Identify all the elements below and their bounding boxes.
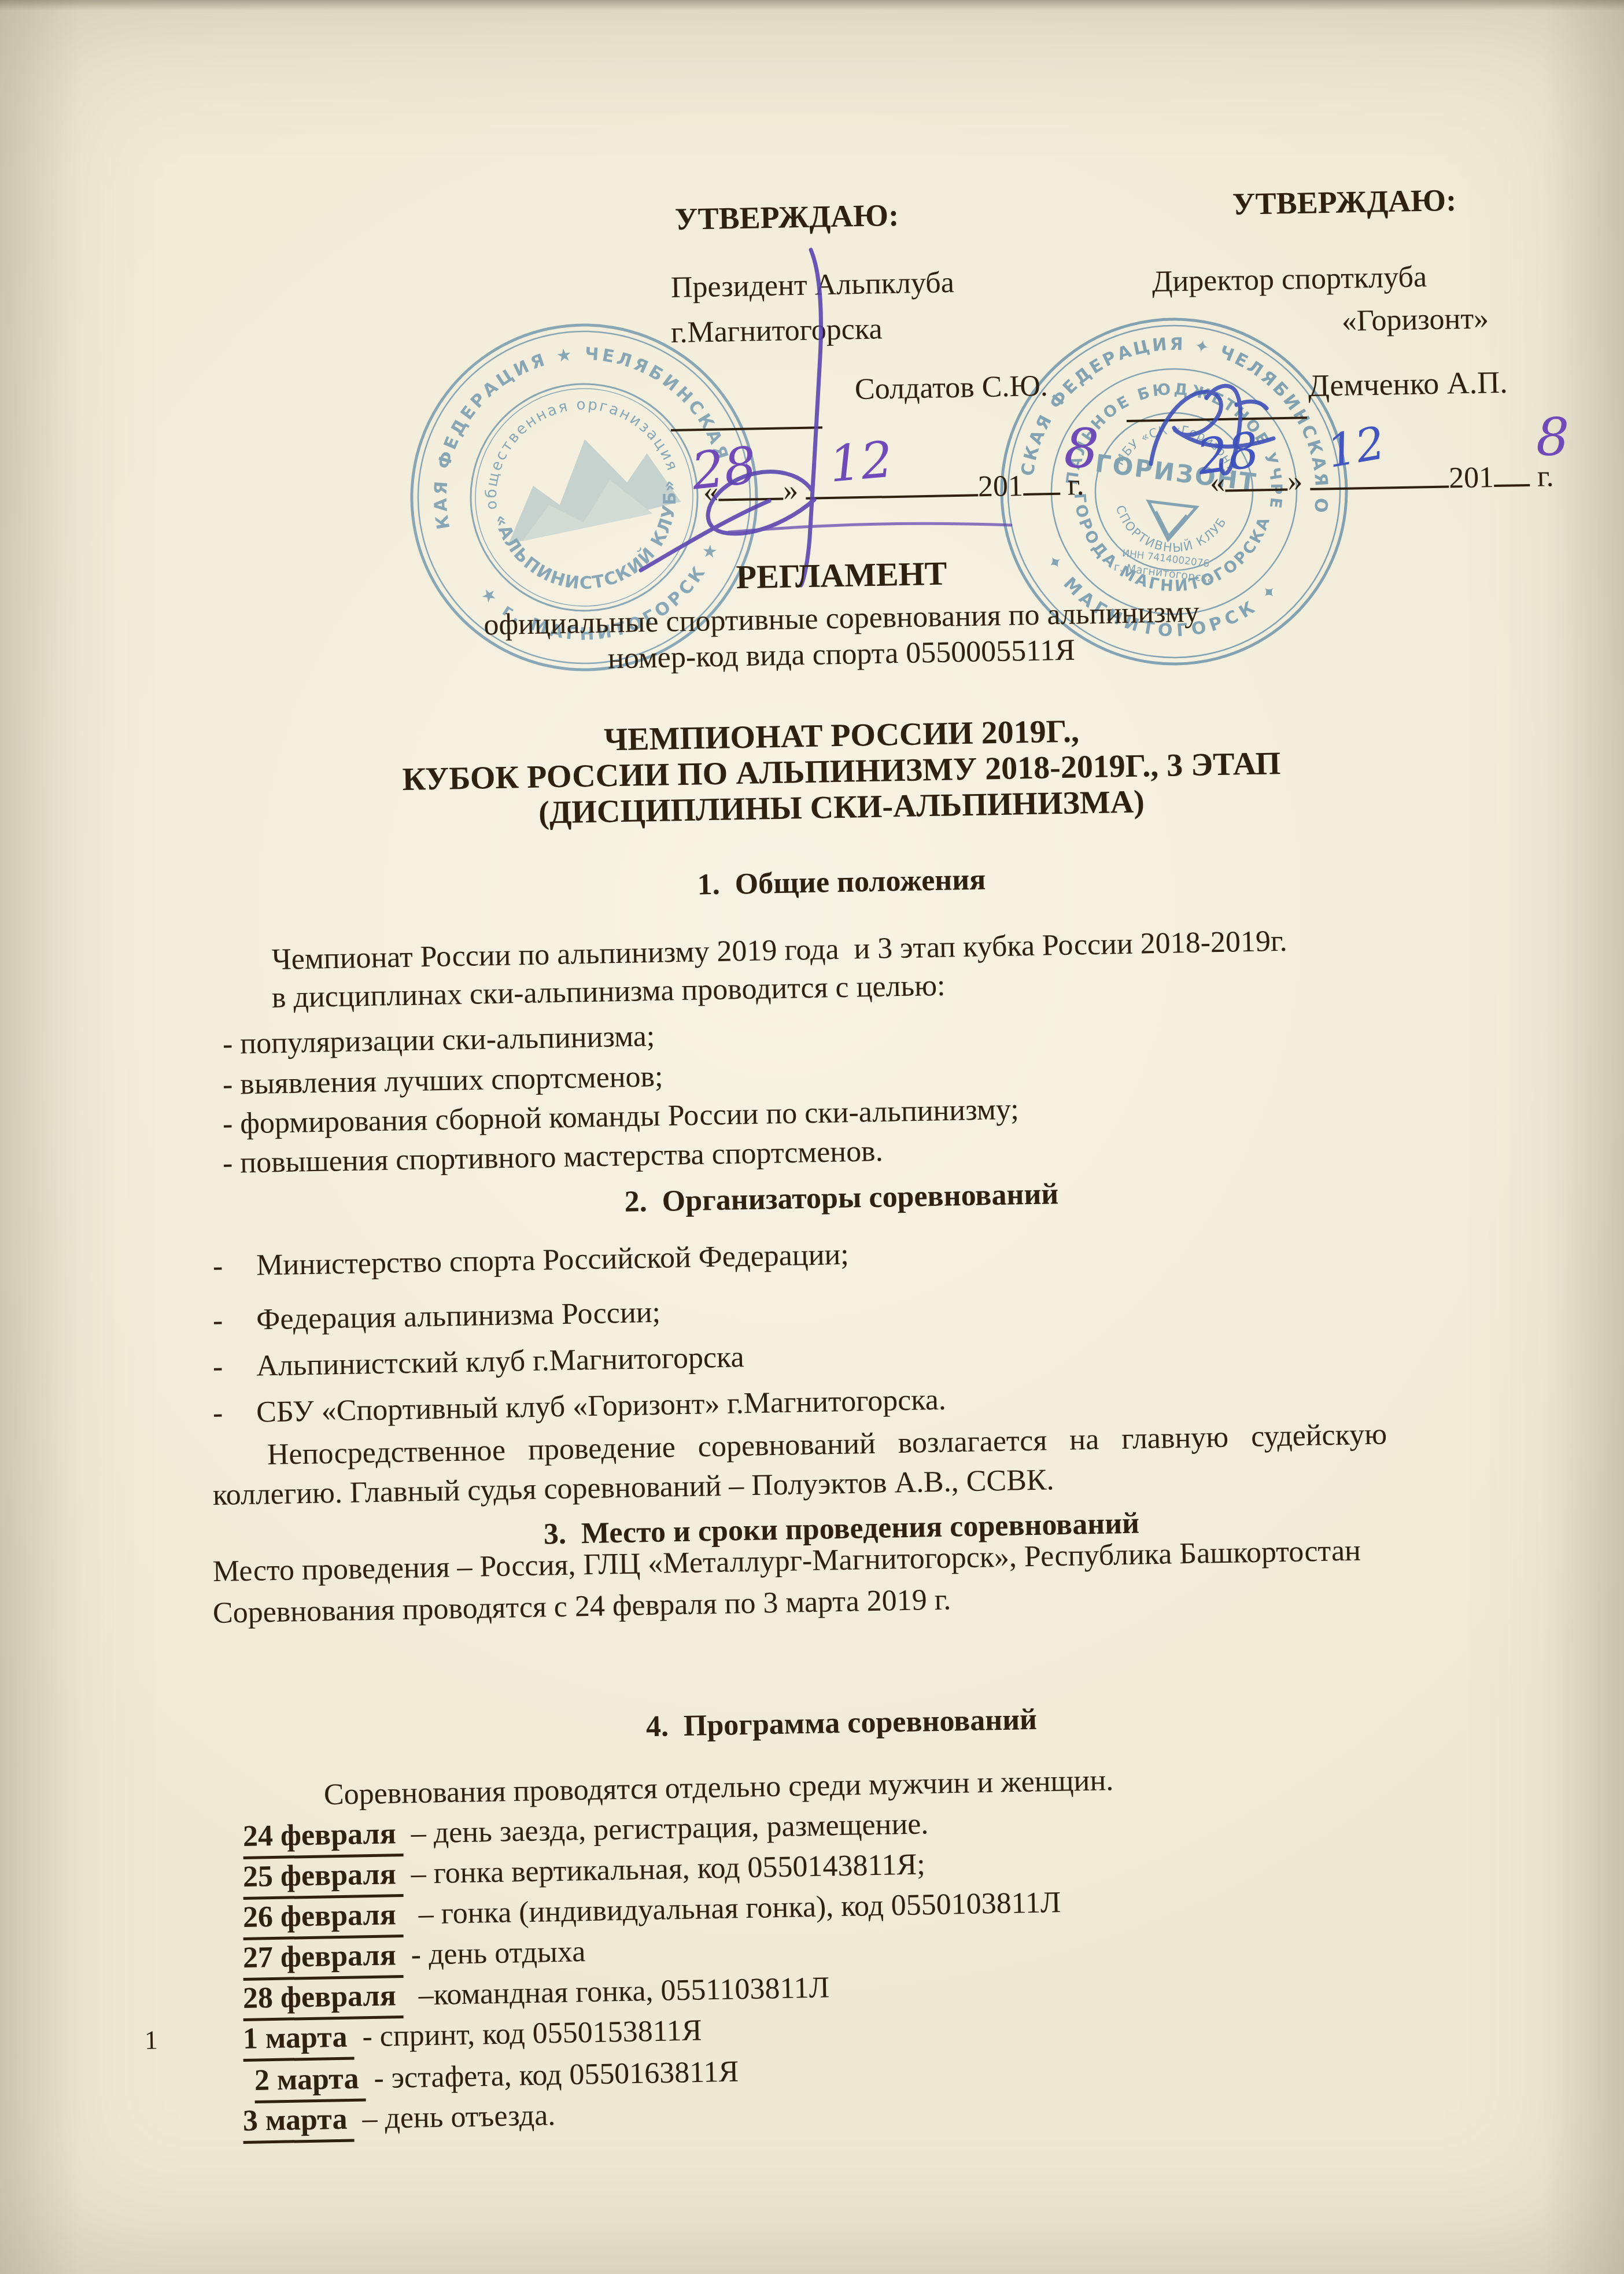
goal-item: - формирования сборной команды России по… (223, 1095, 1020, 1139)
handwritten-day-right: 28 (1194, 425, 1263, 482)
schedule-date: 3 марта (242, 2102, 355, 2144)
approval-left-signer-name: Солдатов С.Ю. (855, 371, 1049, 405)
handwritten-year-digit-left: 8 (1063, 422, 1099, 477)
schedule-date: 2 марта (254, 2062, 366, 2103)
schedule-desc: – гонка (индивидуальная гонка), код 0550… (411, 1886, 1061, 1931)
margin-note: 1 (145, 2027, 158, 2054)
approval-left-role-line2: г.Магнитогорска (671, 314, 883, 348)
section2-paragraph-line1: Непосредственное проведение соревнований… (267, 1420, 1387, 1470)
schedule-date: 28 февраля (242, 1979, 403, 2021)
schedule-desc: –командная гонка, 0551103811Л (411, 1971, 829, 2011)
organizer-item: -Министерство спорта Российской Федераци… (213, 1240, 850, 1282)
approval-right-signer-name: Демченко А.П. (1308, 367, 1508, 401)
section3-line2: Соревнования проводятся с 24 февраля по … (213, 1585, 951, 1629)
approval-right-role-line1: Директор спортклуба (1152, 262, 1427, 297)
approval-left-label: УТВЕРЖДАЮ: (675, 200, 899, 235)
organizer-text: СБУ «Спортивный клуб «Горизонт» г.Магнит… (256, 1383, 946, 1429)
organizer-item: -Альпинистский клуб г.Магнитогорска (213, 1342, 745, 1382)
handwritten-year-digit-right: 8 (1536, 412, 1569, 464)
schedule-desc: – день отъезда. (362, 2099, 556, 2135)
schedule-row: 2 марта- эстафета, код 0550163811Я (254, 2057, 739, 2096)
schedule-date: 25 февраля (242, 1858, 403, 1900)
bullet-dash: - (212, 1304, 223, 1337)
schedule-date: 24 февраля (242, 1817, 403, 1859)
handwritten-day-left: 28 (689, 440, 759, 497)
quote-close: » (783, 474, 799, 507)
section2-paragraph-line2: коллегию. Главный судья соревнований – П… (213, 1465, 1054, 1511)
schedule-desc: - эстафета, код 0550163811Я (374, 2055, 739, 2095)
section4-heading: 4. Программа соревнований (58, 1694, 1624, 1753)
year-printed: 201 (1449, 461, 1494, 494)
schedule-desc: - день отдыха (411, 1935, 586, 1972)
schedule-row: 24 февраля– день заезда, регистрация, ра… (243, 1809, 929, 1852)
organizer-item: -СБУ «Спортивный клуб «Горизонт» г.Магни… (213, 1385, 947, 1428)
schedule-desc: – день заезда, регистрация, размещение. (411, 1807, 929, 1850)
bullet-dash: - (212, 1397, 223, 1430)
handwritten-month-right: 12 (1324, 420, 1388, 475)
year-printed: 201 (978, 470, 1024, 503)
section1-paragraph-line2: в дисциплинах ски-альпинизма проводится … (272, 971, 946, 1013)
section4-intro: Соревнования проводятся отдельно среди м… (324, 1766, 1114, 1810)
organizer-item: -Федерация альпинизма России; (213, 1298, 661, 1336)
quote-close: » (1287, 464, 1303, 497)
blank-year (1023, 460, 1060, 496)
schedule-row: 27 февраля- день отдыха (243, 1937, 586, 1973)
approval-right-label: УТВЕРЖДАЮ: (1232, 184, 1457, 220)
goal-item: - повышения спортивного мастерства спорт… (223, 1136, 884, 1179)
bullet-dash: - (212, 1250, 223, 1283)
blank-year (1493, 452, 1530, 487)
section1-paragraph-line1: Чемпионат России по альпинизму 2019 года… (272, 926, 1287, 975)
bullet-dash: - (212, 1350, 223, 1383)
organizer-text: Альпинистский клуб г.Магнитогорска (256, 1341, 744, 1382)
organizer-text: Министерство спорта Российской Федерации… (256, 1238, 849, 1282)
schedule-row: 1 марта- спринт, код 0550153811Я (243, 2015, 702, 2054)
schedule-desc: - спринт, код 0550153811Я (362, 2014, 702, 2053)
schedule-date: 27 февраля (242, 1939, 403, 1981)
scanned-regulation-document: РОССИЙСКАЯ ФЕДЕРАЦИЯ ★ ЧЕЛЯБИНСКАЯ ОБЛАС… (0, 0, 1624, 2274)
goal-item: - выявления лучших спортсменов; (223, 1062, 663, 1100)
schedule-desc: – гонка вертикальная, код 0550143811Я; (411, 1848, 925, 1890)
approval-right-role-line2: «Горизонт» (1342, 304, 1489, 337)
goal-item: - популяризации ски-альпинизма; (223, 1021, 655, 1060)
schedule-date: 26 февраля (242, 1898, 403, 1940)
approval-left-role-line1: Президент Альпклуба (671, 268, 955, 303)
handwritten-month-left: 12 (827, 434, 895, 489)
section1-heading: 1. Общие положения (58, 853, 1624, 912)
schedule-row: 3 марта– день отъезда. (243, 2101, 556, 2136)
schedule-date: 1 марта (242, 2020, 355, 2062)
organizer-text: Федерация альпинизма России; (256, 1296, 661, 1337)
